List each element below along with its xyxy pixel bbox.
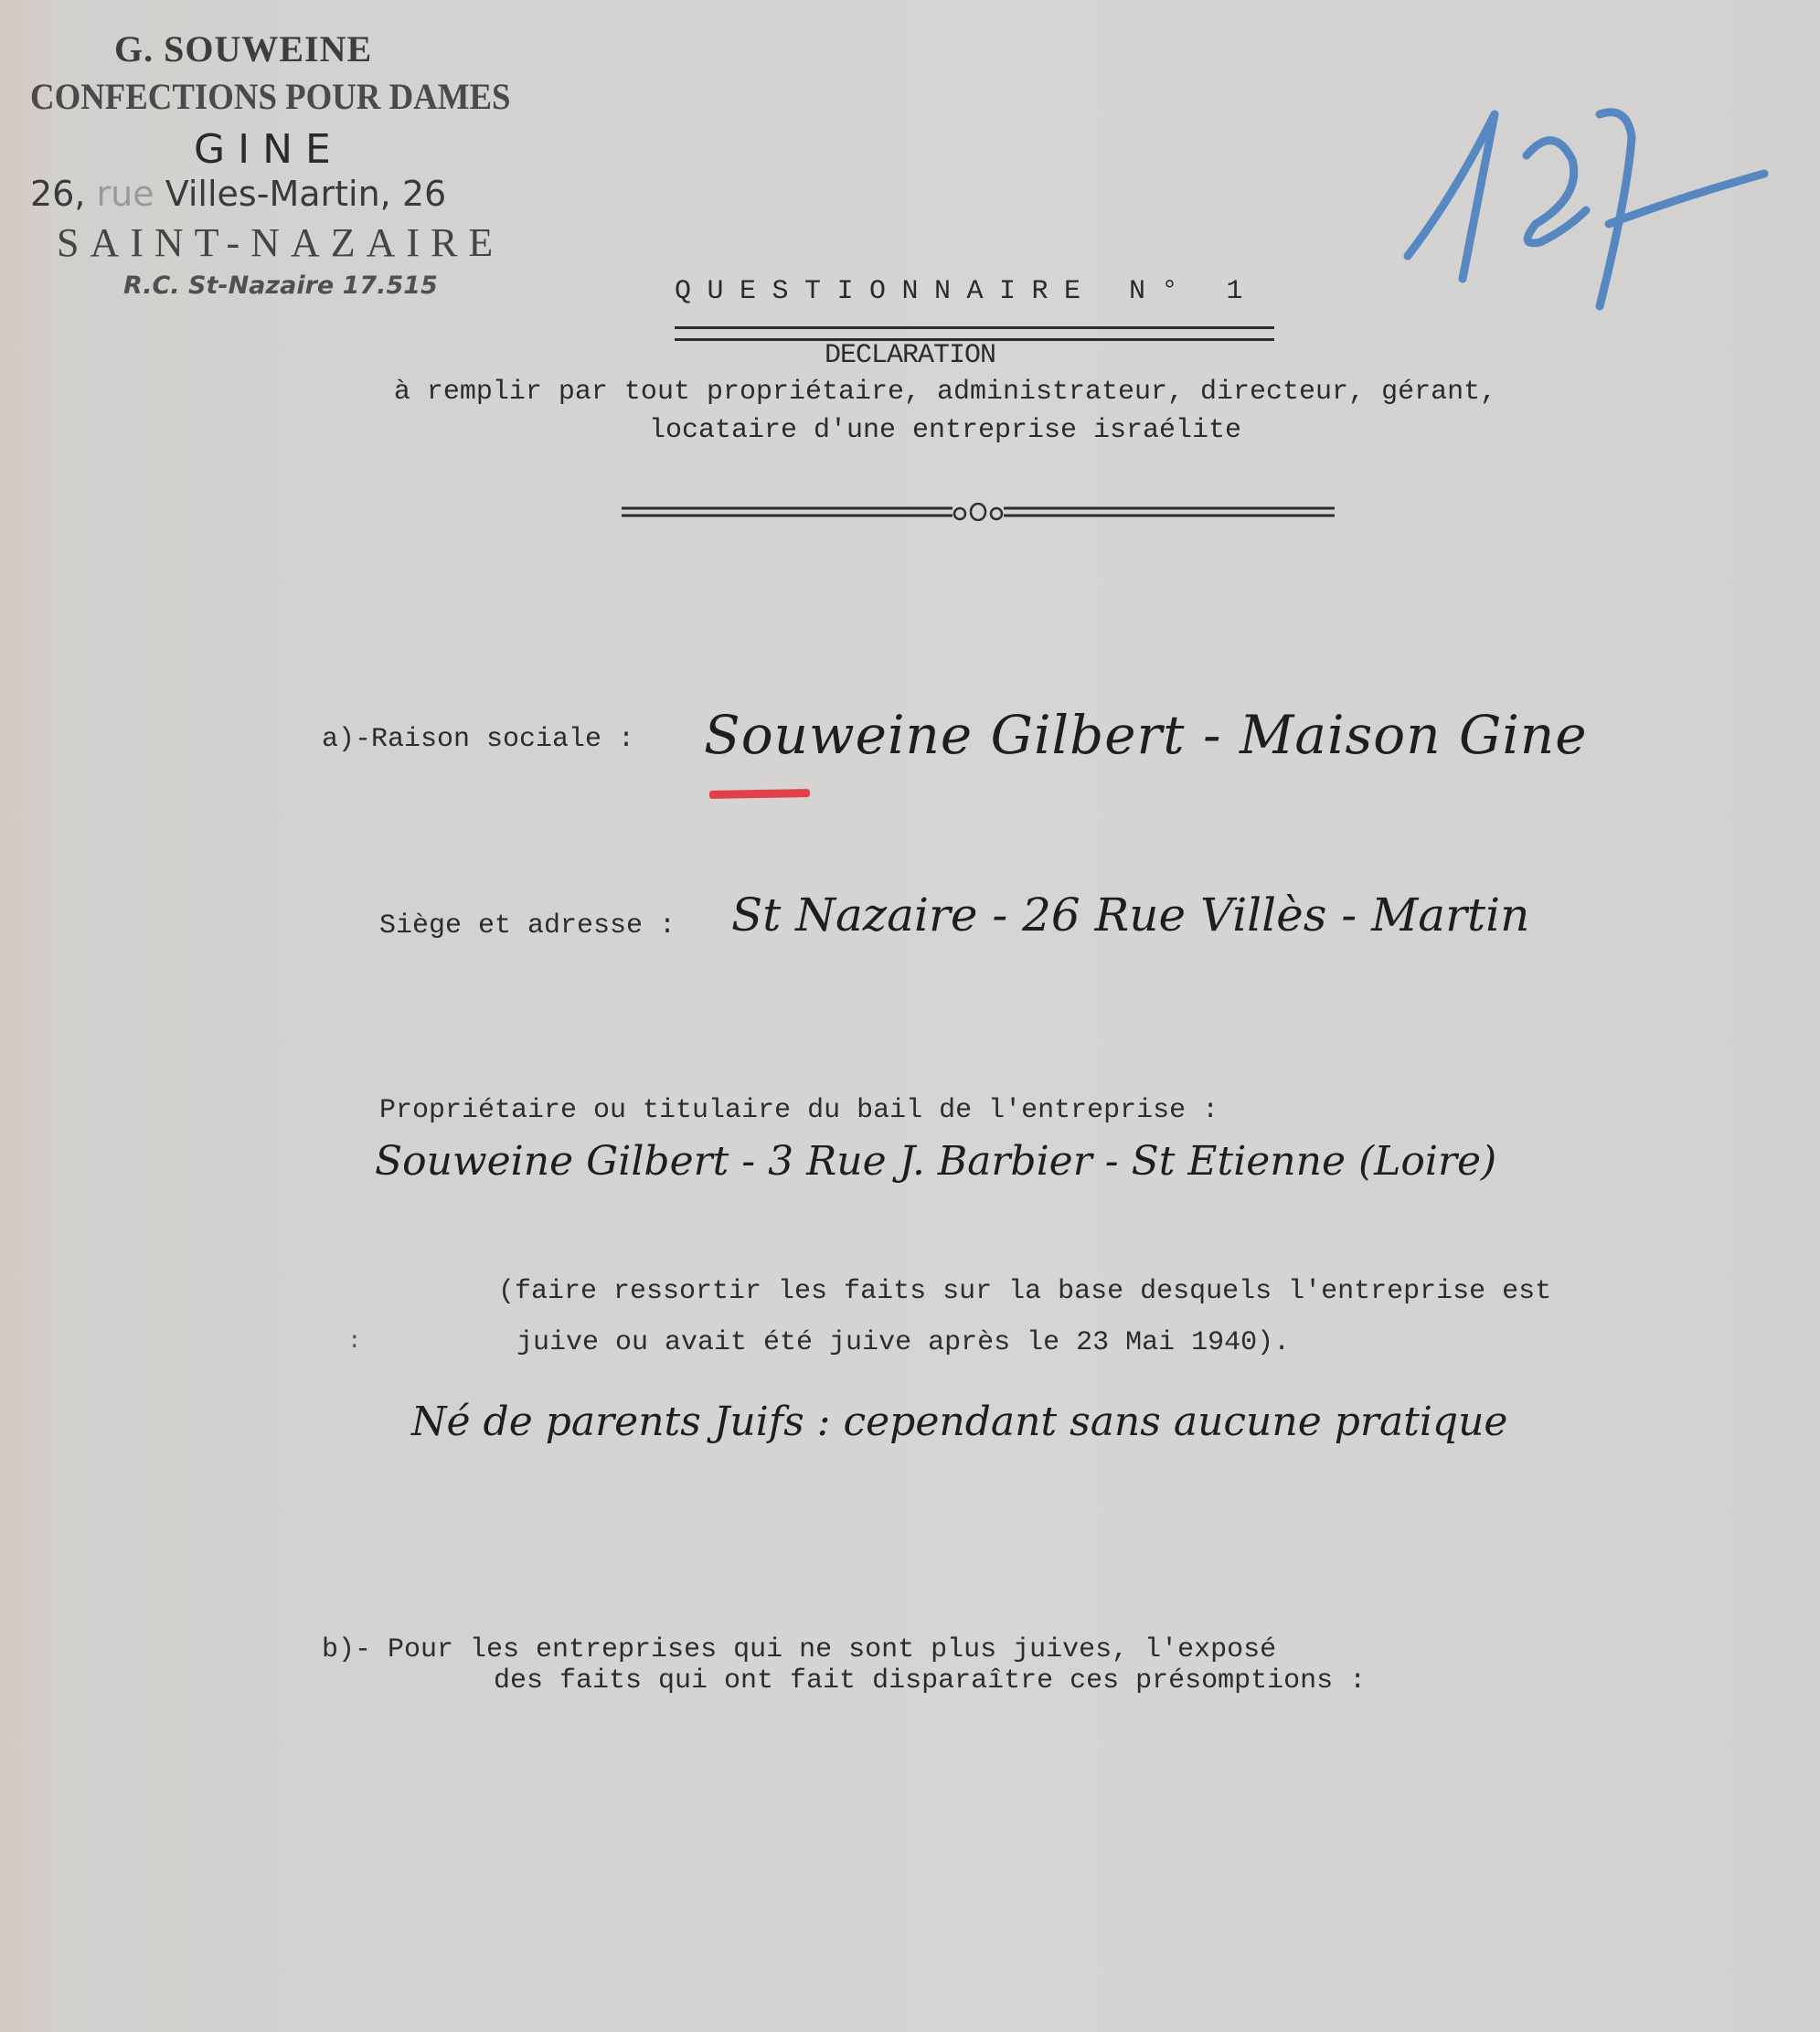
declaration-subtitle: DECLARATION xyxy=(0,340,1820,371)
section-b-line-1: b)- Pour les entreprises qui ne sont plu… xyxy=(322,1634,1276,1665)
questionnaire-title: QUESTIONNAIRE N° 1 xyxy=(675,276,1259,307)
title-double-underline xyxy=(675,326,1274,341)
stamp-address-number: 26, xyxy=(30,174,85,214)
section-b-line-2: des faits qui ont fait disparaître ces p… xyxy=(494,1665,1366,1697)
instructions-line-1: à remplir par tout propriétaire, adminis… xyxy=(318,377,1572,408)
facts-instruction-line-1: (faire ressortir les faits sur la base d… xyxy=(498,1276,1551,1307)
siege-adresse-label: Siège et adresse : xyxy=(379,910,676,942)
owner-value: Souweine Gilbert - 3 Rue J. Barbier - St… xyxy=(375,1138,1496,1185)
siege-adresse-value: St Nazaire - 26 Rue Villès - Martin xyxy=(731,888,1529,942)
instructions-line-2: locataire d'une entreprise israélite xyxy=(318,415,1572,446)
stamp-address: 26, rue Villes-Martin, 26 xyxy=(30,174,446,214)
owner-label: Propriétaire ou titulaire du bail de l'e… xyxy=(379,1095,1219,1126)
stamp-registry: R.C. St-Nazaire 17.515 xyxy=(123,271,438,300)
facts-instruction-line-2: juive ou avait été juive après le 23 Mai… xyxy=(516,1327,1290,1358)
folio-number-127-handwritten xyxy=(1399,96,1783,334)
stamp-owner-name: G. SOUWEINE xyxy=(114,27,372,70)
stray-mark: : xyxy=(347,1327,362,1355)
stamp-address-street-type: rue xyxy=(97,174,154,214)
ornamental-separator xyxy=(622,503,1335,521)
facts-value: Né de parents Juifs : cependant sans auc… xyxy=(411,1399,1507,1445)
stamp-city: SAINT-NAZAIRE xyxy=(57,219,504,266)
stamp-address-street: Villes-Martin, 26 xyxy=(165,174,446,214)
raison-sociale-value: Souweine Gilbert - Maison Gine xyxy=(704,704,1588,766)
stamp-brand: GINE xyxy=(194,126,344,173)
red-pencil-underline xyxy=(709,789,810,799)
stamp-trade: CONFECTIONS POUR DAMES xyxy=(30,75,510,118)
raison-sociale-label: a)-Raison sociale : xyxy=(322,724,634,755)
